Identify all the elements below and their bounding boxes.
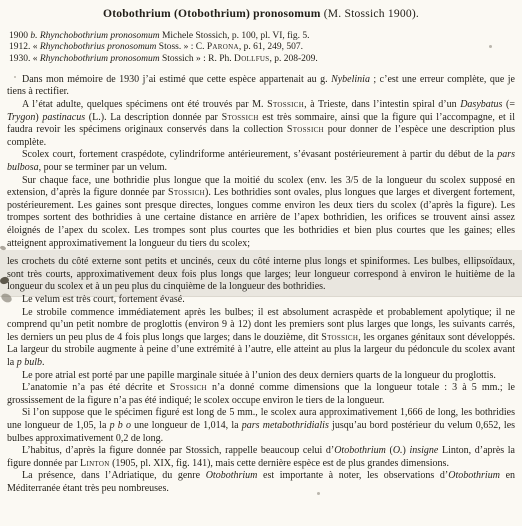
italic-text: Rhynchobothrium pronosomum [40, 31, 160, 41]
smallcaps-name: Stossich [287, 124, 324, 135]
text-run: , p. 208-209. [269, 54, 317, 64]
text-run: L’anatomie n’a pas été décrite et [22, 382, 170, 393]
smallcaps-name: Dollfus [234, 54, 269, 64]
text-run: Michele Stossich, p. 100, pl. VI, fig. 5… [160, 31, 310, 41]
paragraph-habitus-comparison: L’habitus, d’après la figure donnée par … [7, 445, 515, 470]
synonymy-list: 1900 b. Rhynchobothrium pronosomum Miche… [9, 31, 515, 65]
text-run: les crochets du côté externe sont petits… [7, 256, 515, 292]
synonymy-entry-1900: 1900 b. Rhynchobothrium pronosomum Miche… [9, 31, 515, 42]
document-page: Otobothrium (Otobothrium) pronosomum (M.… [0, 0, 522, 526]
smallcaps-name: Stossich [168, 187, 205, 198]
italic-text: p b o [110, 420, 131, 431]
italic-text: p bulb [17, 357, 42, 368]
italic-text: Trygon [7, 112, 35, 123]
text-run: A l’état adulte, quelques spécimens ont … [22, 99, 267, 110]
smallcaps-name: Linton [80, 458, 110, 469]
scan-speck [317, 492, 320, 495]
scan-speck [14, 76, 16, 78]
scan-speck [489, 45, 492, 48]
text-run: Dans mon mémoire de 1930 j’ai estimé que… [22, 74, 331, 85]
italic-text: b. [30, 31, 37, 41]
text-run: une longueur de 1,014, la [131, 420, 242, 431]
italic-text: Rhynchobothrium pronosomum [40, 54, 160, 64]
text-run: . [42, 357, 45, 368]
text-run: La présence, dans l’Adriatique, du genre [22, 470, 206, 481]
paragraph-strobila-description: Le strobile commence immédiatement après… [7, 307, 515, 370]
paragraph-intro-correction: Dans mon mémoire de 1930 j’ai estimé que… [7, 74, 515, 99]
text-run: (M. Stossich 1900). [321, 7, 419, 20]
text-run: ( [386, 445, 393, 456]
text-run: L’habitus, d’après la figure donnée par … [22, 445, 334, 456]
text-run: Scolex court, fortement craspédote, cyli… [22, 149, 497, 160]
text-run: , p. 61, 249, 507. [239, 42, 303, 52]
italic-text: Otobothrium [206, 470, 258, 481]
paragraph-hooks-bulbs-description: les crochets du côté externe sont petits… [7, 256, 515, 294]
text-run: Le pore atrial est porté par une papille… [22, 370, 496, 381]
text-run: (L.). La description donnée par [85, 112, 221, 123]
paragraph-adult-specimens: A l’état adulte, quelques spécimens ont … [7, 99, 515, 149]
text-run: (= [502, 99, 515, 110]
italic-text: Otobothrium [448, 470, 500, 481]
paragraph-anatomy-dimensions: L’anatomie n’a pas été décrite et Stossi… [7, 382, 515, 407]
text-run: , à Trieste, dans l’intestin spiral d’un [304, 99, 460, 110]
text-run: Stoss. » : C. [156, 42, 206, 52]
smallcaps-name: Parona [207, 42, 239, 52]
italic-text: pastinacus [42, 112, 85, 123]
synonymy-entry-1912: 1912. « Rhynchobothrius pronosomum Stoss… [9, 42, 515, 53]
text-run: (1905, pl. XIX, fig. 141), mais cette de… [110, 458, 449, 469]
text-run: est importante à noter, les observations… [257, 470, 448, 481]
synonymy-entry-1930: 1930. « Rhynchobothrium pronosomum Stoss… [9, 54, 515, 65]
bold-text: Otobothrium (Otobothrium) pronosomum [103, 7, 321, 20]
italic-text: pars metabothridialis [242, 420, 329, 431]
italic-text: Dasybatus [460, 99, 502, 110]
paragraph-scolex-description: Scolex court, fortement craspédote, cyli… [7, 149, 515, 174]
body-paragraphs: Dans mon mémoire de 1930 j’ai estimé que… [7, 74, 515, 496]
smallcaps-name: Stossich [321, 332, 358, 343]
smallcaps-name: Stossich [222, 112, 259, 123]
paragraph-size-estimates: Si l’on suppose que le spécimen figuré e… [7, 407, 515, 445]
paragraph-bothridia-description: Sur chaque face, une bothridie plus long… [7, 175, 515, 251]
paragraph-adriatic-note: La présence, dans l’Adriatique, du genre… [7, 470, 515, 495]
italic-text: O. [393, 445, 403, 456]
text-run: 1912. « [9, 42, 40, 52]
paragraph-velum-note: Le velum est très court, fortement évasé… [7, 294, 515, 307]
italic-text: Rhynchobothrius pronosomum [40, 42, 157, 52]
page-content: Otobothrium (Otobothrium) pronosomum (M.… [0, 0, 522, 495]
smallcaps-name: Stossich [170, 382, 207, 393]
paragraph-atrial-pore: Le pore atrial est porté par une papille… [7, 370, 515, 383]
text-run: Stossich » : R. Ph. [160, 54, 234, 64]
page-title: Otobothrium (Otobothrium) pronosomum (M.… [7, 7, 515, 21]
italic-text: insigne [409, 445, 438, 456]
italic-text: Nybelinia [331, 74, 370, 85]
text-run: Le velum est très court, fortement évasé… [22, 294, 185, 305]
italic-text: Otobothrium [334, 445, 386, 456]
smallcaps-name: Stossich [267, 99, 304, 110]
text-run: , pour se terminer par un velum. [39, 162, 167, 173]
text-run: 1900 [9, 31, 30, 41]
text-run: 1930. « [9, 54, 40, 64]
